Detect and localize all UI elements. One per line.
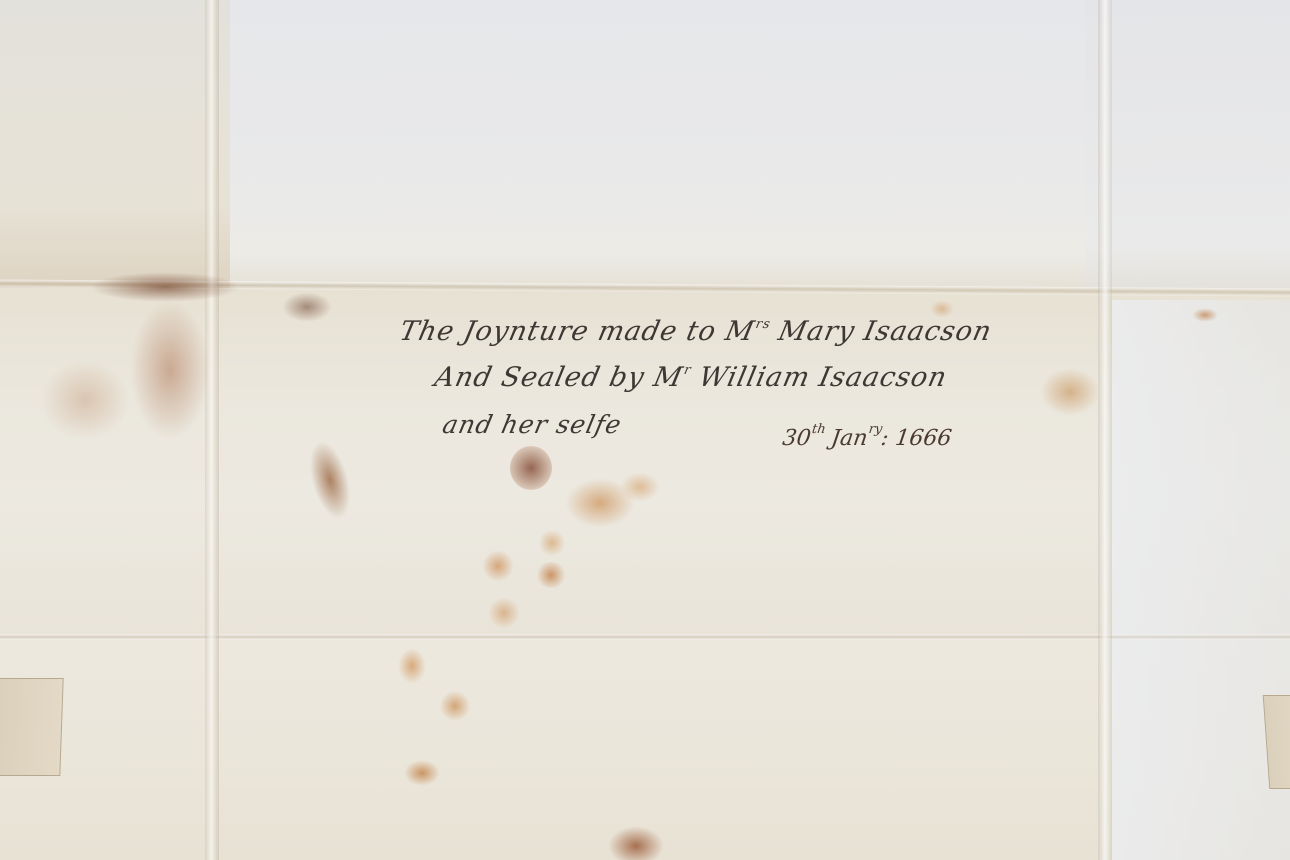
foxing-spot	[1192, 308, 1218, 322]
vertical-fold-crease-right	[1098, 0, 1112, 860]
foxing-spot	[398, 648, 426, 684]
foxing-spot	[608, 826, 664, 860]
right-fold-shading	[1112, 300, 1290, 860]
foxing-spot	[535, 562, 567, 588]
foxing-spot	[440, 690, 470, 722]
endorsement-line-1: The Joynture made to Mrs Mary Isaacson	[397, 316, 995, 347]
rust-stain	[90, 272, 240, 302]
vertical-fold-crease-left	[205, 0, 219, 860]
top-left-fold-panel	[0, 0, 230, 290]
foxing-spot	[404, 760, 440, 786]
foxing-spot	[482, 550, 514, 582]
foxing-spot	[540, 528, 564, 558]
foxing-spot	[510, 446, 552, 490]
parchment-document: The Joynture made to Mrs Mary Isaacson A…	[0, 0, 1290, 860]
left-ribbon-tab	[0, 678, 64, 776]
rust-stain	[282, 292, 332, 322]
endorsement-line-2: And Sealed by Mr William Isaacson	[432, 362, 950, 393]
foxing-spot	[487, 598, 521, 628]
endorsement-line-3: and her selfe	[440, 410, 625, 439]
foxing-spot	[1040, 368, 1100, 416]
rust-stain	[130, 300, 210, 440]
horizontal-fold-crease-lower	[0, 634, 1290, 640]
top-right-fold-panel	[1085, 0, 1290, 310]
endorsement-date: 30th Janry: 1666	[781, 422, 954, 451]
rust-stain	[40, 360, 130, 440]
foxing-spot	[620, 472, 660, 502]
